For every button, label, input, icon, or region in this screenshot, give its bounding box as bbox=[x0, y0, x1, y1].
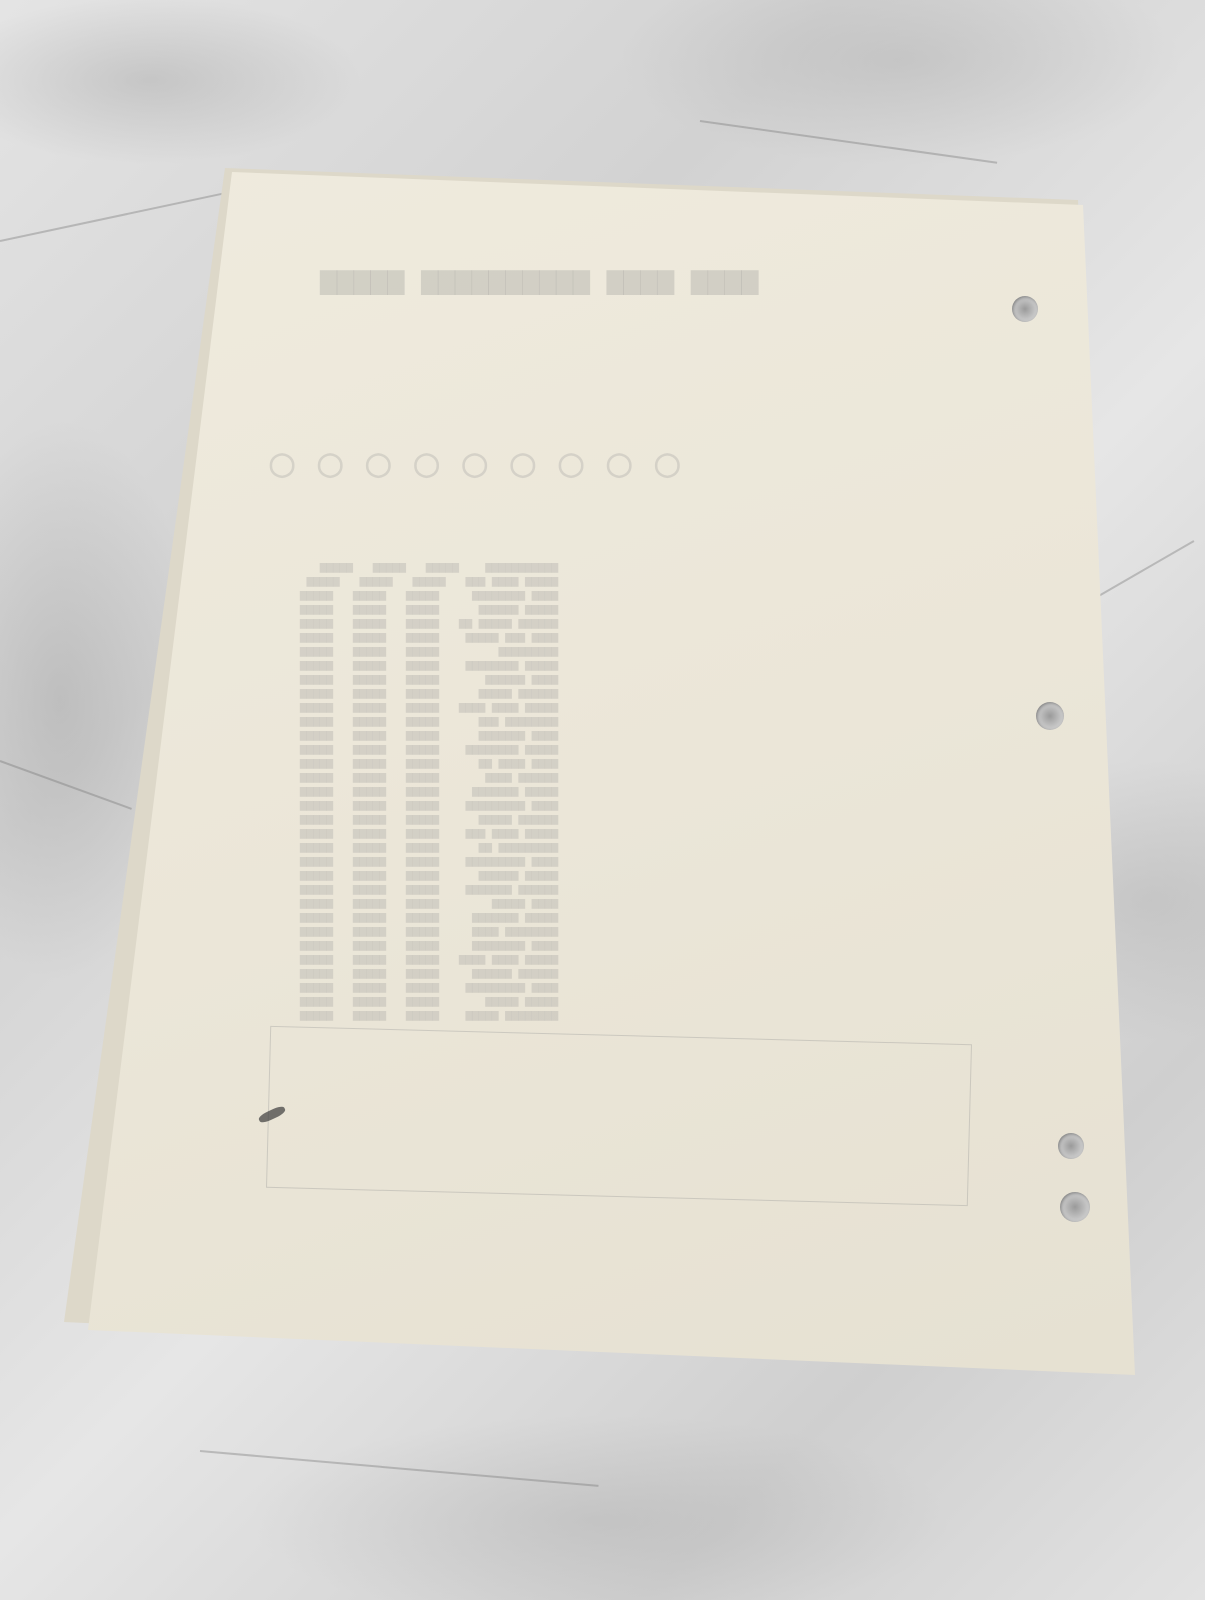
punch-hole bbox=[1012, 296, 1038, 322]
punch-hole bbox=[1058, 1133, 1084, 1159]
punch-hole bbox=[1036, 702, 1064, 730]
show-through-note-box bbox=[266, 1026, 972, 1206]
punch-hole bbox=[1060, 1192, 1090, 1222]
show-through-parts-list: ▆▆▆▆▆▆▆▆▆▆▆ ▆▆▆▆▆ ▆▆▆▆▆ ▆▆▆▆▆ ▆▆▆▆▆ ▆▆▆▆… bbox=[300, 560, 558, 1022]
paper-sheet bbox=[0, 0, 1205, 1600]
show-through-title: ▆▆▆▆ ▆▆▆▆ ▆▆▆▆▆▆▆▆▆▆ ▆▆▆▆▆ bbox=[320, 262, 758, 295]
show-through-diagram: ◯ ◯ ◯ ◯ ◯ ◯ ◯ ◯ ◯ bbox=[270, 440, 679, 486]
paper-stack: ▆▆▆▆ ▆▆▆▆ ▆▆▆▆▆▆▆▆▆▆ ▆▆▆▆▆ ◯ ◯ ◯ ◯ ◯ ◯ ◯… bbox=[0, 0, 1205, 1600]
